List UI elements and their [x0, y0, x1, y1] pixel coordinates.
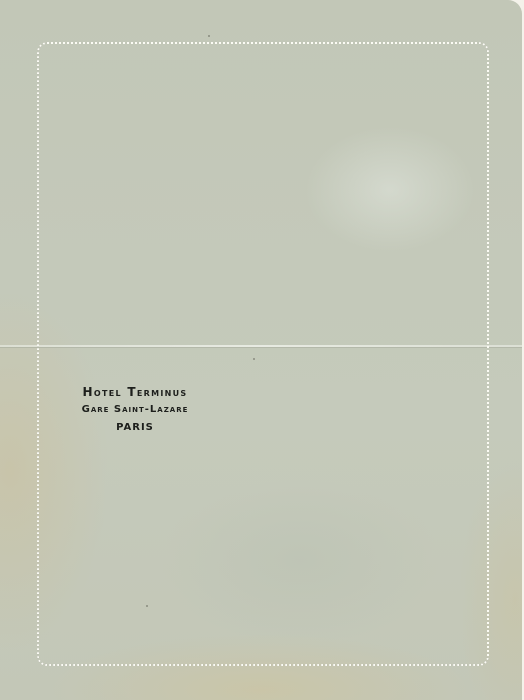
paper-speck — [146, 605, 148, 607]
hotel-city: PARIS — [55, 421, 215, 435]
lettercard-sheet: Hotel Terminus Gare Saint-Lazare PARIS — [0, 0, 522, 700]
letterhead: Hotel Terminus Gare Saint-Lazare PARIS — [55, 384, 215, 435]
hotel-name: Hotel Terminus — [55, 384, 215, 400]
hotel-street: Gare Saint-Lazare — [55, 403, 215, 417]
perforated-tear-border — [37, 42, 489, 666]
paper-speck — [208, 35, 210, 37]
paper-speck — [253, 358, 255, 360]
